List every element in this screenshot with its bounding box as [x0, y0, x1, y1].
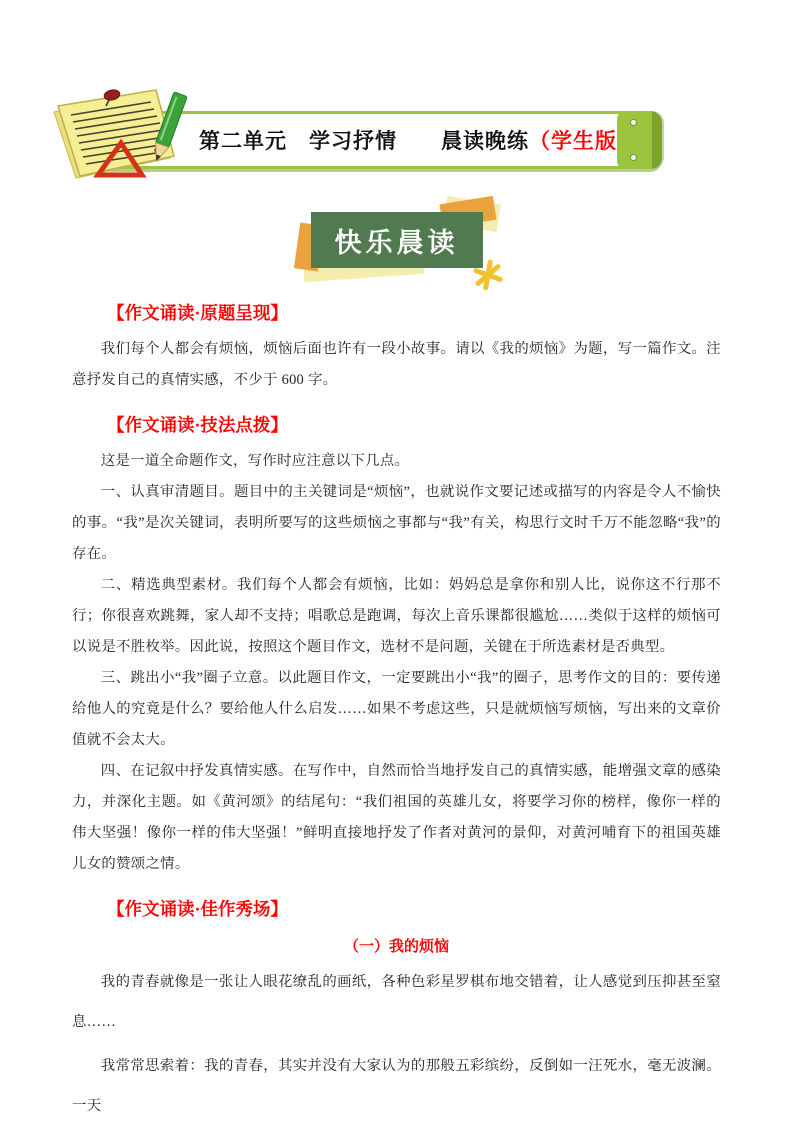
banner-end-cap	[617, 111, 662, 169]
paragraph-intro: 这是一道全命题作文，写作时应注意以下几点。	[72, 446, 721, 477]
paragraph-point-1: 一、认真审清题目。题目中的主关键词是“烦恼”，也就说作文要记述或描写的内容是令人…	[72, 477, 721, 570]
badge-label: 快乐晨读	[311, 212, 483, 268]
paragraph-topic: 我们每个人都会有烦恼，烦恼后面也许有一段小故事。请以《我的烦恼》为题，写一篇作文…	[72, 334, 721, 396]
morning-reading-badge: 快乐晨读	[311, 212, 483, 268]
paragraph-point-2: 二、精选典型素材。我们每个人都会有烦恼，比如：妈妈总是拿你和别人比，说你这不行那…	[72, 570, 721, 663]
star-icon	[471, 258, 505, 292]
section-heading-showcase: 【作文诵读·佳作秀场】	[72, 896, 721, 922]
document-page: 第二单元 学习抒情 晨读晚练（学生版）	[0, 0, 793, 1122]
paragraph-point-4: 四、在记叙中抒发真情实感。在写作中，自然而恰当地抒发自己的真情实感，能增强文章的…	[72, 756, 721, 880]
page-header: 第二单元 学习抒情 晨读晚练（学生版）	[0, 0, 793, 192]
section-heading-original-topic: 【作文诵读·原题呈现】	[72, 300, 721, 326]
paper-pencil-ruler-icon	[44, 84, 204, 186]
paragraph-point-3: 三、跳出小“我”圈子立意。以此题目作文，一定要跳出小“我”的圈子，思考作文的目的…	[72, 663, 721, 756]
essay-paragraph-1: 我的青春就像是一张让人眼花缭乱的画纸，各种色彩星罗棋布地交错着，让人感觉到压抑甚…	[72, 962, 721, 1042]
document-body: 【作文诵读·原题呈现】 我们每个人都会有烦恼，烦恼后面也许有一段小故事。请以《我…	[0, 300, 793, 1122]
essay-title: （一）我的烦恼	[72, 936, 721, 958]
banner-cap-dot	[631, 155, 636, 160]
unit-title-main: 第二单元 学习抒情 晨读晚练	[199, 130, 529, 153]
banner-cap-dot	[631, 120, 636, 125]
section-heading-technique: 【作文诵读·技法点拨】	[72, 412, 721, 438]
essay-paragraph-2: 我常常思索着：我的青春，其实并没有大家认为的那般五彩缤纷，反倒如一汪死水，毫无波…	[72, 1046, 721, 1122]
